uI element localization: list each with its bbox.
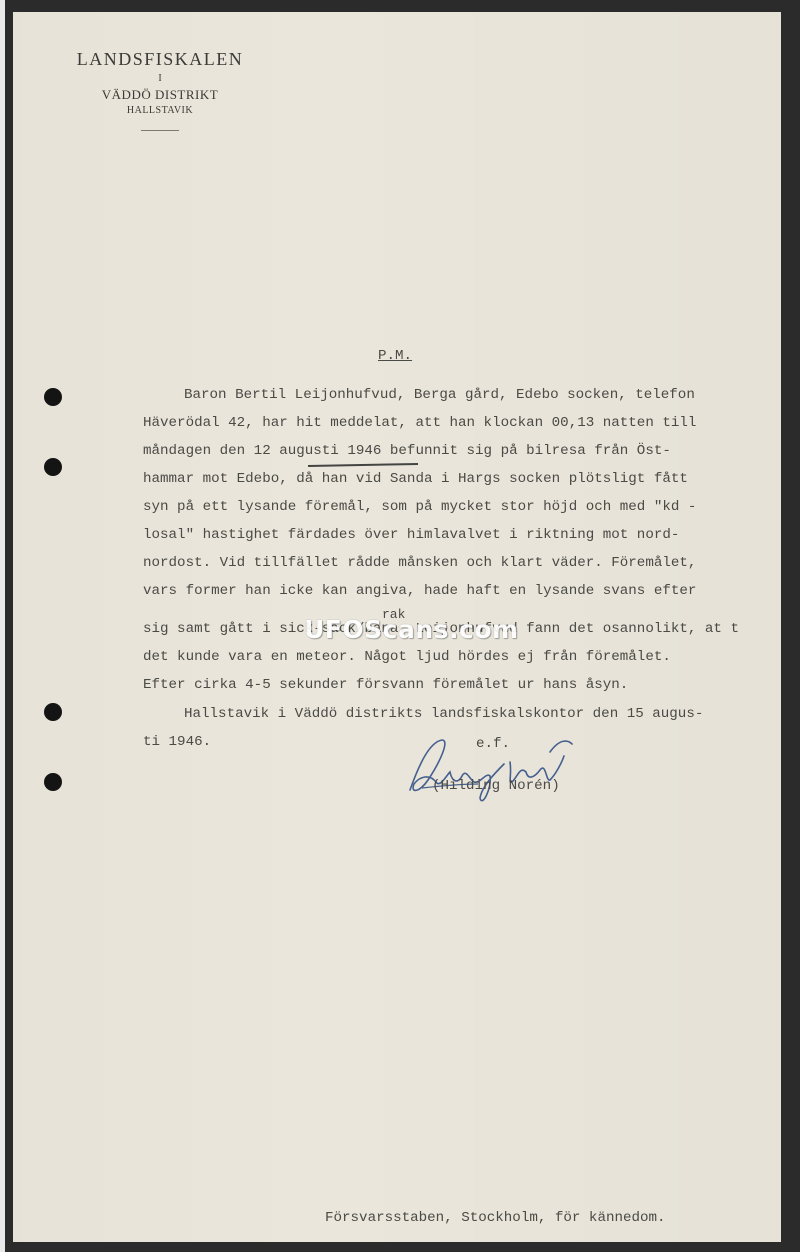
signatory-name: (Hilding Norén)	[432, 777, 560, 795]
letterhead: LANDSFISKALEN I VÄDDÖ DISTRIKT HALLSTAVI…	[45, 48, 275, 131]
signature-prefix: e.f.	[476, 735, 510, 753]
letterhead-title: LANDSFISKALEN	[45, 48, 275, 70]
letterhead-town: HALLSTAVIK	[45, 104, 275, 118]
memo-line: ti 1946.	[143, 733, 211, 751]
memo-line: Häverödal 42, har hit meddelat, att han …	[143, 414, 696, 432]
watermark: UFOScans.com	[304, 615, 519, 644]
memo-line: hammar mot Edebo, då han vid Sanda i Har…	[143, 470, 688, 488]
memo-line: Efter cirka 4-5 sekunder försvann föremå…	[143, 676, 628, 694]
memo-heading: P.M.	[378, 347, 412, 365]
memo-line: nordost. Vid tillfället rådde månsken oc…	[143, 554, 696, 572]
memo-line: vars former han icke kan angiva, hade ha…	[143, 582, 696, 600]
memo-line: Baron Bertil Leijonhufvud, Berga gård, E…	[184, 386, 695, 404]
memo-line: syn på ett lysande föremål, som på mycke…	[143, 498, 696, 516]
memo-line: Hallstavik i Väddö distrikts landsfiskal…	[184, 705, 703, 723]
punch-hole-icon	[44, 388, 62, 406]
memo-line: det kunde vara en meteor. Något ljud hör…	[143, 648, 671, 666]
letterhead-connector: I	[45, 72, 275, 86]
punch-hole-icon	[44, 703, 62, 721]
letterhead-district: VÄDDÖ DISTRIKT	[45, 86, 275, 104]
letterhead-divider	[141, 130, 179, 131]
memo-line: losal" hastighet färdades över himlavalv…	[143, 526, 679, 544]
punch-hole-icon	[44, 458, 62, 476]
punch-hole-icon	[44, 773, 62, 791]
memo-line: måndagen den 12 augusti 1946 befunnit si…	[143, 442, 671, 460]
distribution-line: Försvarsstaben, Stockholm, för kännedom.	[325, 1209, 666, 1227]
